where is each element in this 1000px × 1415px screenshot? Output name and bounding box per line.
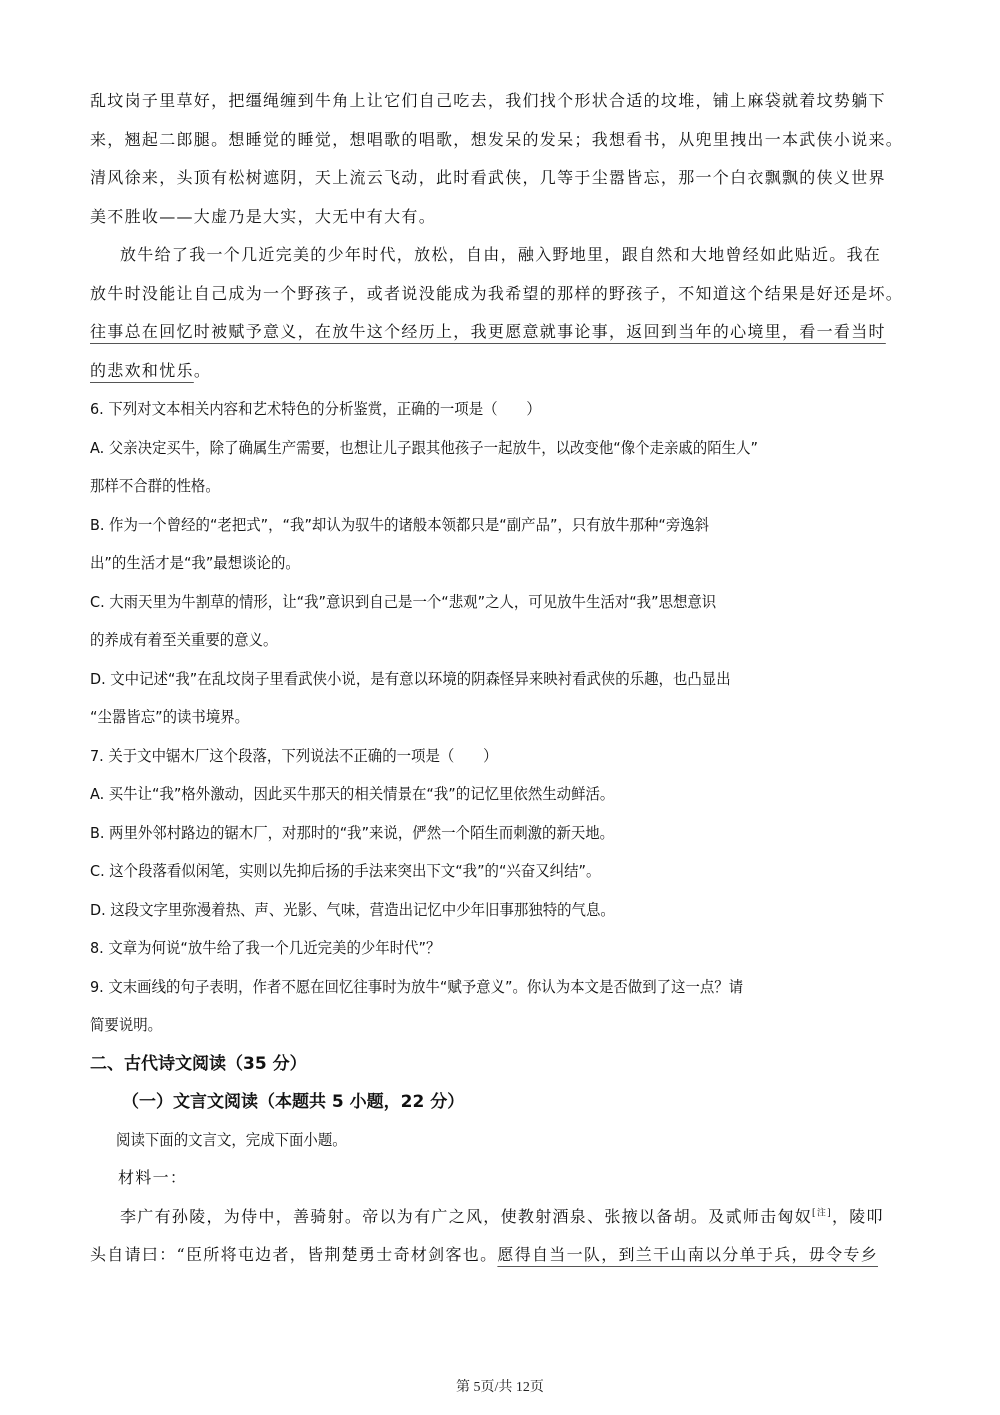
question-7: 7. 关于文中锯木厂这个段落，下列说法不正确的一项是（ ） A. 买牛让“我”格…	[90, 737, 910, 930]
text: ，陵叩	[832, 1207, 884, 1226]
underlined-text: 愿得自当一队，到兰干山南以分单于兵，毋令专乡	[497, 1245, 878, 1264]
passage-paragraph-1: 乱坟岗子里草好，把缰绳缠到牛角上让它们自己吃去，我们找个形状合适的坟堆，铺上麻袋…	[90, 82, 910, 236]
underlined-sentence-line: 往事总在回忆时被赋予意义，在放牛这个经历上，我更愿意就事论事，返回到当年的心境里…	[90, 313, 910, 352]
text-line: 清风徐来，头顶有松树遮阴，天上流云飞动，此时看武侠，几等于尘嚣皆忘，那一个白衣飘…	[90, 159, 910, 198]
material-1-text-line: 李广有孙陵，为侍中，善骑射。帝以为有广之风，使教射酒泉、张掖以备胡。及贰师击匈奴…	[90, 1198, 910, 1237]
option-a: A. 买牛让“我”格外激动，因此买牛那天的相关情景在“我”的记忆里依然生动鲜活。	[90, 775, 853, 814]
footnote-marker: [注]	[812, 1208, 832, 1218]
text-line: 放牛时没能让自己成为一个野孩子，或者说没能成为我希望的那样的野孩子，不知道这个结…	[90, 275, 910, 314]
question-9: 9. 文末画线的句子表明，作者不愿在回忆往事时为放牛“赋予意义”。你认为本文是否…	[90, 968, 910, 1045]
underlined-text: 的悲欢和忧乐	[90, 361, 194, 380]
question-stem: 6. 下列对文本相关内容和艺术特色的分析鉴赏，正确的一项是（ ）	[90, 390, 853, 429]
subsection-heading: （一）文言文阅读（本题共 5 小题，22 分）	[90, 1083, 910, 1121]
question-8: 8. 文章为何说“放牛给了我一个几近完美的少年时代”？	[90, 929, 910, 968]
option-text: 那样不合群的性格。	[90, 467, 853, 506]
passage-paragraph-2: 放牛给了我一个几近完美的少年时代，放松，自由，融入野地里，跟自然和大地曾经如此贴…	[90, 236, 910, 390]
text-line: 乱坟岗子里草好，把缰绳缠到牛角上让它们自己吃去，我们找个形状合适的坟堆，铺上麻袋…	[90, 82, 910, 121]
section-2: 二、古代诗文阅读（35 分） （一）文言文阅读（本题共 5 小题，22 分） 阅…	[90, 1045, 910, 1275]
material-1-text-line: 头自请曰：“臣所将屯边者，皆荆楚勇士奇材剑客也。愿得自当一队，到兰干山南以分单于…	[90, 1236, 910, 1275]
question-stem: 9. 文末画线的句子表明，作者不愿在回忆往事时为放牛“赋予意义”。你认为本文是否…	[90, 968, 853, 1007]
question-stem: 简要说明。	[90, 1006, 853, 1045]
text-line: 放牛给了我一个几近完美的少年时代，放松，自由，融入野地里，跟自然和大地曾经如此贴…	[90, 236, 910, 275]
option-text: A. 父亲决定买牛，除了确属生产需要，也想让儿子跟其他孩子一起放牛，以改变他“像…	[90, 429, 853, 468]
option-a: A. 父亲决定买牛，除了确属生产需要，也想让儿子跟其他孩子一起放牛，以改变他“像…	[90, 429, 910, 506]
option-text: D. 文中记述“我”在乱坟岗子里看武侠小说，是有意以环境的阴森怪异来映衬看武侠的…	[90, 660, 853, 699]
option-text: B. 作为一个曾经的“老把式”，“我”却认为驭牛的诸般本领都只是“副产品”，只有…	[90, 506, 853, 545]
text-line: 来，翘起二郎腿。想睡觉的睡觉，想唱歌的唱歌，想发呆的发呆；我想看书，从兜里拽出一…	[90, 121, 910, 160]
option-d: D. 文中记述“我”在乱坟岗子里看武侠小说，是有意以环境的阴森怪异来映衬看武侠的…	[90, 660, 910, 737]
section-heading: 二、古代诗文阅读（35 分）	[90, 1045, 910, 1083]
page-indicator: 第 5页/共 12页	[0, 1376, 1000, 1396]
option-text: C. 大雨天里为牛割草的情形，让“我”意识到自己是一个“悲观”之人，可见放牛生活…	[90, 583, 853, 622]
material-label: 材料一：	[90, 1159, 910, 1198]
option-c: C. 这个段落看似闲笔，实则以先抑后扬的手法来突出下文“我”的“兴奋又纠结”。	[90, 852, 853, 891]
question-stem: 7. 关于文中锯木厂这个段落，下列说法不正确的一项是（ ）	[90, 737, 853, 776]
underlined-sentence-line: 的悲欢和忧乐。	[90, 352, 910, 391]
text: 头自请曰：“臣所将屯边者，皆荆楚勇士奇材剑客也。	[90, 1245, 497, 1264]
question-stem: 8. 文章为何说“放牛给了我一个几近完美的少年时代”？	[90, 929, 853, 968]
option-d: D. 这段文字里弥漫着热、声、光影、气味，营造出记忆中少年旧事那独特的气息。	[90, 891, 853, 930]
option-text: 出”的生活才是“我”最想谈论的。	[90, 544, 853, 583]
punctuation: 。	[194, 361, 211, 380]
reading-instruction: 阅读下面的文言文，完成下面小题。	[90, 1121, 853, 1160]
exam-page: 乱坟岗子里草好，把缰绳缠到牛角上让它们自己吃去，我们找个形状合适的坟堆，铺上麻袋…	[90, 82, 910, 1275]
option-b: B. 两里外邻村路边的锯木厂，对那时的“我”来说，俨然一个陌生而刺激的新天地。	[90, 814, 853, 853]
text-line: 美不胜收——大虚乃是大实，大无中有大有。	[90, 198, 910, 237]
underlined-text: 往事总在回忆时被赋予意义，在放牛这个经历上，我更愿意就事论事，返回到当年的心境里…	[90, 322, 886, 341]
option-b: B. 作为一个曾经的“老把式”，“我”却认为驭牛的诸般本领都只是“副产品”，只有…	[90, 506, 910, 583]
text: 李广有孙陵，为侍中，善骑射。帝以为有广之风，使教射酒泉、张掖以备胡。及贰师击匈奴	[120, 1207, 812, 1226]
option-c: C. 大雨天里为牛割草的情形，让“我”意识到自己是一个“悲观”之人，可见放牛生活…	[90, 583, 910, 660]
option-text: 的养成有着至关重要的意义。	[90, 621, 853, 660]
question-6: 6. 下列对文本相关内容和艺术特色的分析鉴赏，正确的一项是（ ） A. 父亲决定…	[90, 390, 910, 737]
option-text: “尘嚣皆忘”的读书境界。	[90, 698, 853, 737]
